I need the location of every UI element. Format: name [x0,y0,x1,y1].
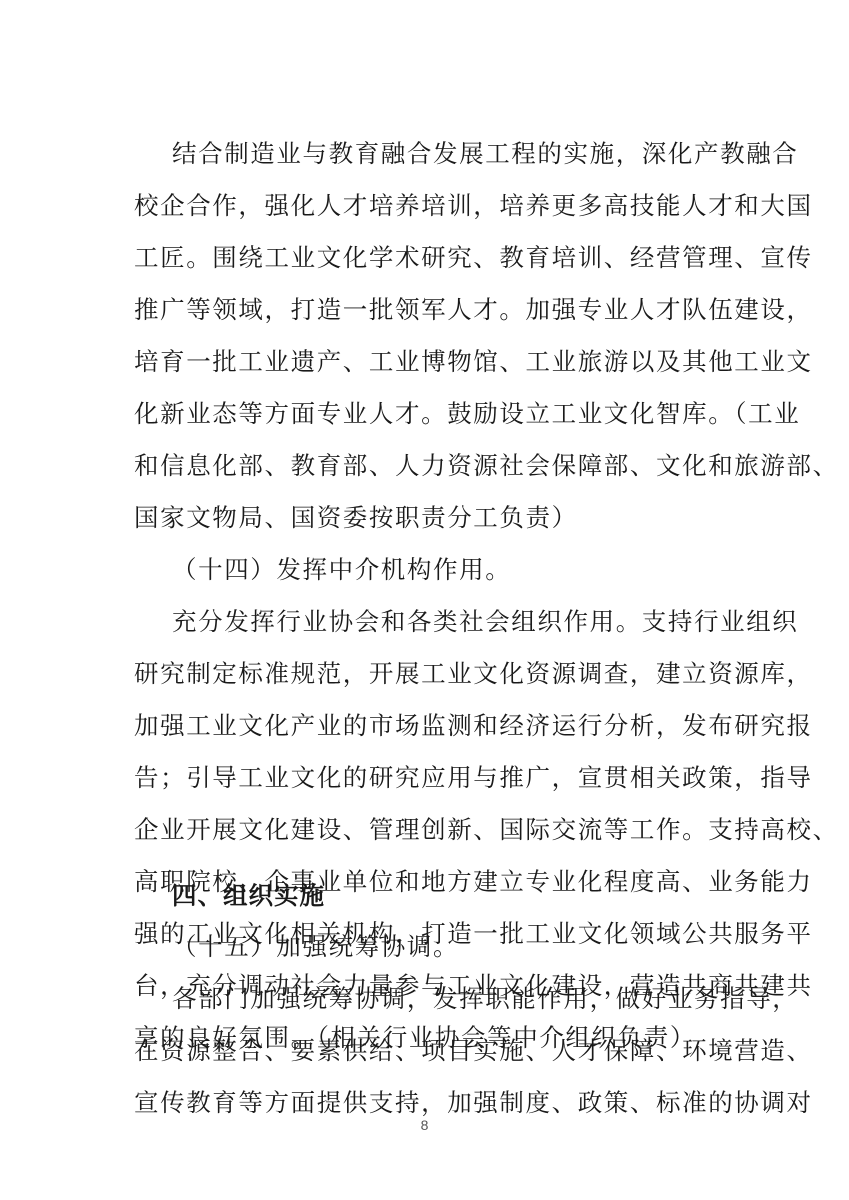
paragraph-line: 工匠。围绕工业文化学术研究、教育培训、经营管理、宣传 [134,242,724,274]
paragraph-line: 研究制定标准规范，开展工业文化资源调查，建立资源库， [134,658,724,690]
paragraph-line: 告；引导工业文化的研究应用与推广，宣贯相关政策，指导 [134,762,724,794]
paragraph-line: 宣传教育等方面提供支持，加强制度、政策、标准的协调对 [134,1087,724,1119]
paragraph-line: 推广等领域，打造一批领军人才。加强专业人才队伍建设， [134,294,724,326]
subheading-15: （十五）加强统筹协调。 [172,931,724,963]
paragraph-line: 结合制造业与教育融合发展工程的实施，深化产教融合 [172,138,724,170]
paragraph-line: 国家文物局、国资委按职责分工负责） [134,502,724,534]
section-heading: 四、组织实施 [172,880,724,912]
paragraph-line: 和信息化部、教育部、人力资源社会保障部、文化和旅游部、 [134,450,724,482]
paragraph-line: 加强工业文化产业的市场监测和经济运行分析，发布研究报 [134,710,724,742]
paragraph-line: 企业开展文化建设、管理创新、国际交流等工作。支持高校、 [134,814,724,846]
paragraph-line: 充分发挥行业协会和各类社会组织作用。支持行业组织 [172,606,724,638]
page-number: 8 [0,1117,849,1133]
paragraph-line: 培育一批工业遗产、工业博物馆、工业旅游以及其他工业文 [134,346,724,378]
paragraph-line: 在资源整合、要素供给、项目实施、人才保障、环境营造、 [134,1035,724,1067]
paragraph-line: 校企合作，强化人才培养培训，培养更多高技能人才和大国 [134,190,724,222]
paragraph-line: 化新业态等方面专业人才。鼓励设立工业文化智库。（工业 [134,398,724,430]
paragraph-line: 各部门加强统筹协调，发挥职能作用，做好业务指导， [172,983,724,1015]
document-page: 结合制造业与教育融合发展工程的实施，深化产教融合 校企合作，强化人才培养培训，培… [0,0,849,1200]
subheading-14: （十四）发挥中介机构作用。 [172,554,724,586]
